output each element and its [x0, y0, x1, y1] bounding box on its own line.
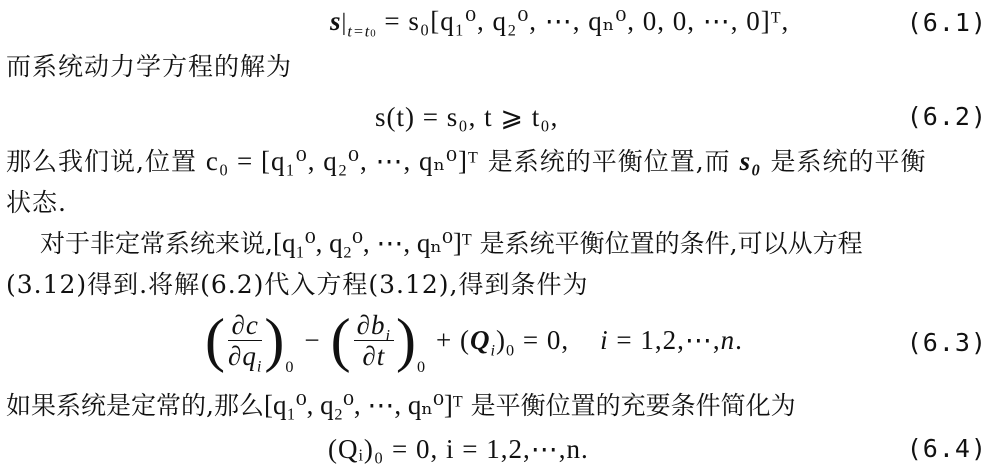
equilibrium-position-vector: c₀ = [q₁⁰, q₂⁰, ⋯, qₙ⁰]ᵀ	[206, 146, 479, 176]
equation-6-4: (Qᵢ)₀ = 0, i = 1,2,⋯,n.	[328, 434, 589, 464]
equation-label-6-4: (6.4)	[907, 434, 987, 464]
paragraph-equilibrium-definition-cont: 状态.	[6, 188, 67, 218]
paragraph-solution-intro: 而系统动力学方程的解为	[6, 52, 292, 82]
position-vector: [q₁⁰, q₂⁰, ⋯, qₙ⁰]ᵀ	[273, 228, 472, 258]
eq-6-1-lhs: s	[330, 6, 342, 36]
equation-label-6-3: (6.3)	[907, 328, 987, 358]
position-vector: [q₁⁰, q₂⁰, ⋯, qₙ⁰]ᵀ	[264, 390, 463, 420]
equilibrium-state-symbol: s₀	[740, 146, 762, 176]
equation-label-6-2: (6.2)	[907, 102, 987, 132]
equation-6-3: ( ∂c∂qi )0 − ( ∂bi∂t )0 + (Qi)0 = 0, i =…	[205, 305, 743, 375]
paragraph-nonstationary-cont: (3.12)得到.将解(6.2)代入方程(3.12),得到条件为	[6, 270, 589, 300]
paragraph-equilibrium-definition: 那么我们说,位置 c₀ = [q₁⁰, q₂⁰, ⋯, qₙ⁰]ᵀ 是系统的平衡…	[6, 146, 927, 177]
eq-6-1-lhs-subscript: t=t	[347, 22, 370, 40]
paragraph-nonstationary: 对于非定常系统来说,[q₁⁰, q₂⁰, ⋯, qₙ⁰]ᵀ 是系统平衡位置的条件…	[40, 228, 863, 259]
equation-6-2: s(t) = s₀, t ⩾ t₀,	[375, 102, 558, 132]
eq-6-1-rhs: = s₀[q₁⁰, q₂⁰, ⋯, qₙ⁰, 0, 0, ⋯, 0]ᵀ,	[384, 6, 789, 36]
equation-label-6-1: (6.1)	[907, 8, 987, 38]
paragraph-stationary: 如果系统是定常的,那么[q₁⁰, q₂⁰, ⋯, qₙ⁰]ᵀ 是平衡位置的充要条…	[6, 390, 796, 421]
equation-6-1: s|t=t0 = s₀[q₁⁰, q₂⁰, ⋯, qₙ⁰, 0, 0, ⋯, 0…	[330, 6, 789, 38]
